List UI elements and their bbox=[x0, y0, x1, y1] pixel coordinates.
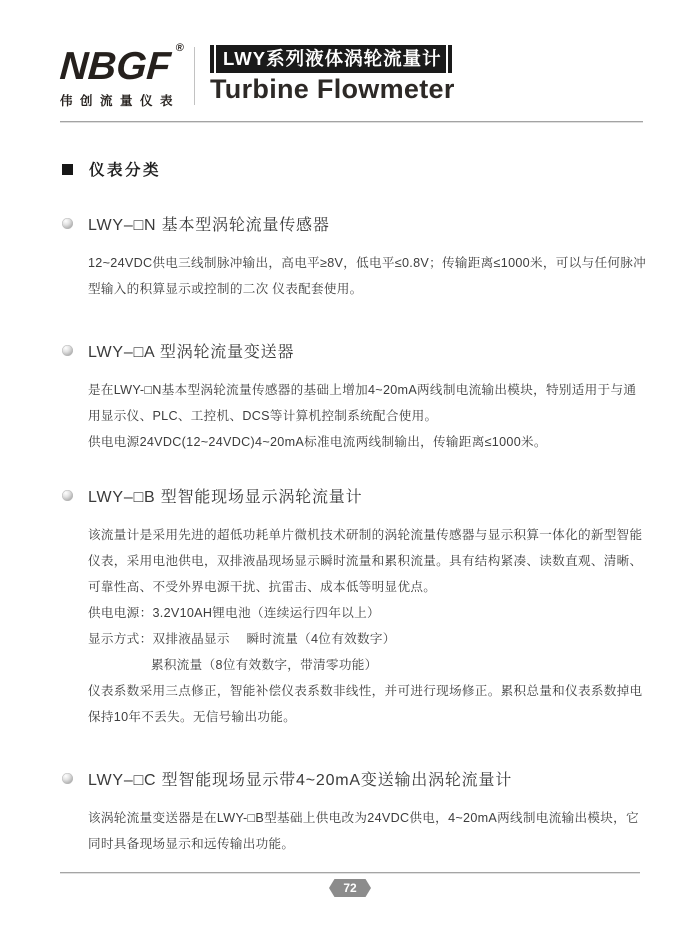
logo-wordmark: NBGF® bbox=[59, 47, 172, 86]
registered-trademark-icon: ® bbox=[175, 43, 184, 54]
sphere-bullet-icon bbox=[62, 773, 73, 784]
sphere-bullet-icon bbox=[62, 218, 73, 229]
spec-line-power: 供电电源：3.2V10AH锂电池（连续运行四年以上） bbox=[88, 600, 647, 626]
logo-subtitle: 伟创流量仪表 bbox=[60, 91, 180, 109]
header-rule bbox=[60, 121, 643, 123]
paragraph: 是在LWY-□N基本型涡轮流量传感器的基础上增加4~20mA两线制电流输出模块，… bbox=[88, 377, 647, 429]
logo-letters: NBGF bbox=[58, 45, 172, 88]
subsection-lwy-b: LWY–□B 型智能现场显示涡轮流量计 该流量计是采用先进的超低功耗单片微机技术… bbox=[0, 484, 700, 730]
footer-rule bbox=[60, 872, 640, 874]
series-title-english: Turbine Flowmeter bbox=[210, 74, 455, 105]
header-divider bbox=[194, 47, 195, 105]
subsection-body: 该流量计是采用先进的超低功耗单片微机技术研制的涡轮流量传感器与显示积算一体化的新… bbox=[88, 522, 647, 730]
subsection-title: LWY–□A 型涡轮流量变送器 bbox=[88, 339, 294, 362]
square-bullet-icon bbox=[62, 164, 73, 175]
subsection-title: LWY–□C 型智能现场显示带4~20mA变送输出涡轮流量计 bbox=[88, 767, 512, 790]
section-title: 仪表分类 bbox=[89, 158, 161, 180]
page-header: NBGF® 伟创流量仪表 LWY系列液体涡轮流量计 Turbine Flowme… bbox=[0, 0, 700, 109]
spec-line-display: 显示方式：双排液晶显示 瞬时流量（4位有效数字） bbox=[88, 626, 647, 652]
section-header-classification: 仪表分类 bbox=[62, 158, 700, 180]
paragraph: 该流量计是采用先进的超低功耗单片微机技术研制的涡轮流量传感器与显示积算一体化的新… bbox=[88, 522, 647, 600]
subsection-body: 该涡轮流量变送器是在LWY-□B型基础上供电改为24VDC供电，4~20mA两线… bbox=[88, 805, 647, 857]
subsection-lwy-c: LWY–□C 型智能现场显示带4~20mA变送输出涡轮流量计 该涡轮流量变送器是… bbox=[0, 767, 700, 857]
paragraph: 12~24VDC供电三线制脉冲输出，高电平≥8V，低电平≤0.8V；传输距离≤1… bbox=[88, 250, 647, 302]
sphere-bullet-icon bbox=[62, 490, 73, 501]
subsection-body: 12~24VDC供电三线制脉冲输出，高电平≥8V，低电平≤0.8V；传输距离≤1… bbox=[88, 250, 647, 302]
subsection-heading-row: LWY–□N 基本型涡轮流量传感器 bbox=[62, 212, 700, 235]
subsection-lwy-n: LWY–□N 基本型涡轮流量传感器 12~24VDC供电三线制脉冲输出，高电平≥… bbox=[0, 212, 700, 302]
paragraph: 供电电源24VDC(12~24VDC)4~20mA标准电流两线制输出，传输距离≤… bbox=[88, 429, 647, 455]
paragraph: 仪表系数采用三点修正，智能补偿仪表系数非线性，并可进行现场修正。累积总量和仪表系… bbox=[88, 678, 647, 730]
sphere-bullet-icon bbox=[62, 345, 73, 356]
page-number-badge: 72 bbox=[329, 879, 371, 897]
subsection-title: LWY–□N 基本型涡轮流量传感器 bbox=[88, 212, 330, 235]
header-title-block: LWY系列液体涡轮流量计 Turbine Flowmeter bbox=[210, 44, 455, 105]
spec-line-total-flow: 累积流量（8位有效数字，带清零功能） bbox=[88, 652, 647, 678]
subsection-body: 是在LWY-□N基本型涡轮流量传感器的基础上增加4~20mA两线制电流输出模块，… bbox=[88, 377, 647, 455]
catalog-page: NBGF® 伟创流量仪表 LWY系列液体涡轮流量计 Turbine Flowme… bbox=[0, 0, 700, 943]
subsection-heading-row: LWY–□C 型智能现场显示带4~20mA变送输出涡轮流量计 bbox=[62, 767, 700, 790]
subsection-heading-row: LWY–□B 型智能现场显示涡轮流量计 bbox=[62, 484, 700, 507]
subsection-title: LWY–□B 型智能现场显示涡轮流量计 bbox=[88, 484, 362, 507]
series-title-badge: LWY系列液体涡轮流量计 bbox=[210, 45, 452, 73]
paragraph: 该涡轮流量变送器是在LWY-□B型基础上供电改为24VDC供电，4~20mA两线… bbox=[88, 805, 647, 857]
subsection-lwy-a: LWY–□A 型涡轮流量变送器 是在LWY-□N基本型涡轮流量传感器的基础上增加… bbox=[0, 339, 700, 455]
brand-logo: NBGF® 伟创流量仪表 bbox=[60, 44, 180, 109]
subsection-heading-row: LWY–□A 型涡轮流量变送器 bbox=[62, 339, 700, 362]
